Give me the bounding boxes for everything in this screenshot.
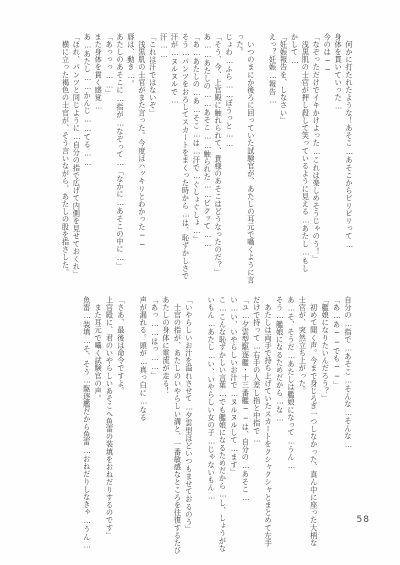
text-line: また身体を貫く感覚… [92, 33, 103, 291]
text-line [195, 296, 206, 554]
text-line: 「艦娘になりたいんだろう？」 [320, 296, 331, 554]
text-line: あ…そ、そうだ…あたしは艦娘になって…うん… [286, 296, 297, 554]
novel-page: 何かに打たれたような！あそこ…あそこからビリビリって…身体を貫いていった…今のは… [0, 0, 400, 565]
text-line: った。 [234, 33, 245, 291]
text-line: あ……あたしの……あそこ……触られた……ビクッて…… [201, 33, 212, 291]
text-line: 身体を貫いていった… [332, 33, 343, 291]
text-line: また耳元で囁く試験官の声。 [93, 296, 104, 554]
text-line: だけで持って…右手の人差し指と中指で… [251, 296, 262, 554]
text-line: 「あ…あ──でも──」 [331, 296, 342, 554]
text-line: 上官殿に、君のいやらしいあそこへ魚雷の装填をおねだりするのです」 [104, 296, 115, 554]
text-line: 横に立った褐色の士官が、そう言いながら、あたしの股を指さした。 [60, 33, 71, 291]
text-line: 「そう、今、上官殿に触れられて、貴様のあそこはどうなったのだ？」 [212, 33, 223, 291]
text-line: 今のは── [321, 33, 332, 291]
text-line: 声が漏れる。頭が…真っ白に…なる [138, 296, 149, 554]
text-line [256, 33, 267, 291]
text-line: 何かに打たれたような！あそこ…あそこからビリビリって… [343, 33, 354, 291]
text-line: じょわ…ふら……ぼうっと…… [223, 33, 234, 291]
text-line: 唇は、動き…。 [125, 33, 136, 291]
text-line: 浅黒肌の士官が押し殺して笑っているように見える…あたし…もし [299, 33, 310, 291]
text-block-lower: 自分の…指で…あそこ…そんな…そんな…「あ…あ──でも──」「艦娘になりたいんだ… [66, 296, 354, 554]
text-line: 士官が、突然立ち上がった。 [297, 296, 308, 554]
text-line: い…い、いやらしいお汁で…ヌルヌルして…ます」 [229, 296, 240, 554]
text-line: 「これは汗ではないぞ」 [147, 33, 158, 291]
text-line: 「いやらしいお汁を溢れさせて…夕雲型はどいつもませておるのう」 [183, 296, 194, 554]
text-line: 自分の…指で…あそこ…そんな…そんな… [343, 296, 354, 554]
text-line: 魚雷…装填…そ、そう…駆逐艦だから魚雷…おねだりしなきゃ…うん… [81, 296, 92, 554]
text-line: そう…パンツをおろしてスカートをまくった時から…は、恥ずかしさで [180, 33, 191, 291]
text-line: 「あっっっ……」 [103, 33, 114, 291]
text-line: いもん…あたし…い、いやらしい女の子…じゃないもん… [206, 296, 217, 554]
text-line: えっ？妊娠…報告… [267, 33, 278, 291]
text-line: かして… [289, 33, 300, 291]
text-line: いつのまにか後ろに回っていた試験官が、あたしの耳元で囁くように言 [245, 33, 256, 291]
text-line: 「なぞっただけでイキかけよった…これは楽しめそうじゃのう！」 [310, 33, 321, 291]
text-line: 汗が…ヌルヌルで… [169, 33, 180, 291]
text-line: 「あ…あたしの…あ…そこ…は…汗で…ぐしょぐしょ…」 [190, 33, 201, 291]
text-line: 士官の指が、あたしのいやらしい溝と、一番敏感なところを往復するたびに、 [172, 296, 183, 554]
page-number: 58 [357, 515, 370, 525]
text-line: あたしの身体に電流が走る！ [161, 296, 172, 554]
text-line: こ…こんな恥ずかしい言葉…でも艦娘になるためだから…し、しょうがな [217, 296, 228, 554]
text-line: そう…艦娘になるためだから…な… [274, 296, 285, 554]
text-line: あたしのあそこに…指が…なぞって…「なかに…あそこの中に…」 [114, 33, 125, 291]
text-line: 初めて聞く声。今まで身じろぎ一つしなかった、真ん中に座った大柄な [308, 296, 319, 554]
text-line: あたしは両手で持ち上げていたスカートをクシャクシャとまとめて左手 [263, 296, 274, 554]
text-line: 「ほれ、パンツと同じように…自分の指で広げて内側を見せておくれ」 [70, 33, 81, 291]
text-line: 「さあ、最後は命令ですよ。 [116, 296, 127, 554]
text-line: 汗…… [158, 33, 169, 291]
text-line: あ…あたし……かんじ……てる…… [81, 33, 92, 291]
text-line: 「ユ…夕雲型駆逐艦・十三番艦──は、自分の…あそこ… [240, 296, 251, 554]
text-line [127, 296, 138, 554]
text-line: 「あっ……はっ……」 [149, 296, 160, 554]
text-line: 「妊娠報告を、しなさい」 [278, 33, 289, 291]
text-line: 浅黒肌の士官がまた言った。今度はハッキリとわかった── [136, 33, 147, 291]
text-block-upper: 何かに打たれたような！あそこ…あそこからビリビリって…身体を貫いていった…今のは… [54, 33, 354, 291]
